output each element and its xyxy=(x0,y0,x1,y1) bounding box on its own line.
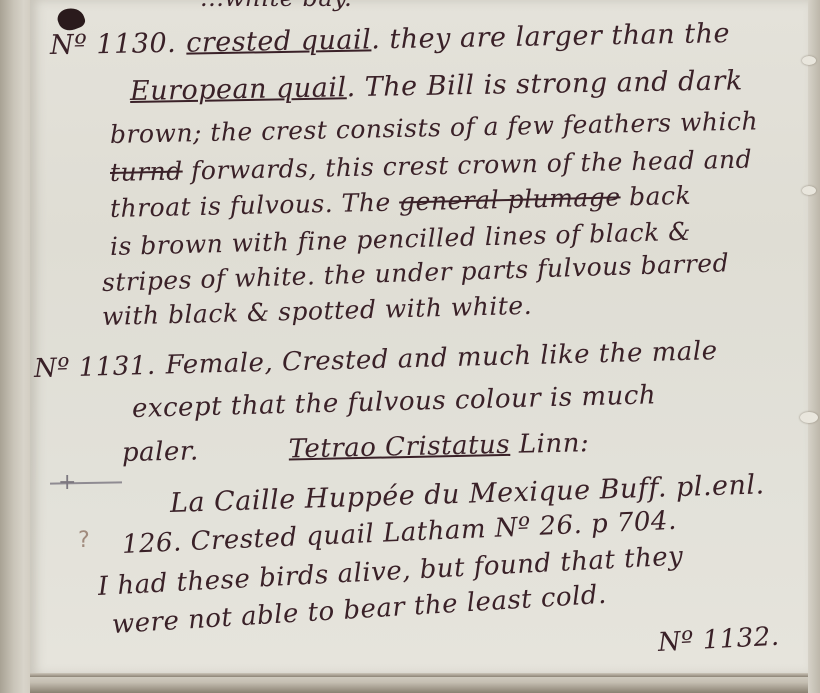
entry-1130-line-3: brown; the crest consists of a few feath… xyxy=(110,106,759,149)
entry-1130-line-8: with black & spotted with white. xyxy=(102,291,533,331)
binding-thread xyxy=(800,412,818,423)
binding-thread xyxy=(802,56,816,65)
entry-number: Nº 1131. xyxy=(34,351,156,384)
text-span: throat is fulvous. The xyxy=(110,187,400,223)
entry-1131-line-2: except that the fulvous colour is much xyxy=(132,380,657,424)
struck-text: general plumage xyxy=(399,182,621,216)
entry-1130-line-2: European quail. The Bill is strong and d… xyxy=(130,65,743,107)
text-span: Female, Crested and much like the male xyxy=(165,336,718,380)
binding-thread xyxy=(802,186,816,195)
text-span: brown; the crest consists of a few feath… xyxy=(110,106,759,149)
text-span: paler. xyxy=(122,436,199,468)
entry-1130-line-1: Nº 1130.crested quail. they are larger t… xyxy=(50,18,730,61)
page-edge xyxy=(808,0,820,693)
species-name: crested quail xyxy=(186,24,372,58)
book-binding xyxy=(0,0,34,693)
manuscript-page: ...white bay. Nº 1130.crested quail. the… xyxy=(30,0,808,675)
text-span: except that the fulvous colour is much xyxy=(132,380,657,424)
text-span: back xyxy=(620,181,691,212)
struck-text: turnd xyxy=(110,156,183,187)
latin-name: Tetrao Cristatus xyxy=(288,430,510,465)
entry-1131-line-1: Nº 1131.Female, Crested and much like th… xyxy=(34,336,718,384)
entry-1130-line-5: throat is fulvous. The general plumage b… xyxy=(110,181,692,223)
text-span: Linn: xyxy=(510,428,590,460)
top-fragment: ...white bay. xyxy=(200,0,352,12)
entry-number: Nº 1130. xyxy=(50,28,177,61)
text-span: European quail xyxy=(130,72,347,107)
text-span: with black & spotted with white. xyxy=(102,291,533,331)
text-span: . The Bill is strong and dark xyxy=(346,65,743,103)
entry-1131-line-3: paler.Tetrao Cristatus Linn: xyxy=(122,428,590,468)
text-span: . they are larger than the xyxy=(371,18,730,55)
footer-entry-number: Nº 1132. xyxy=(657,622,780,658)
pencil-cross-mark: + xyxy=(58,470,76,495)
pencil-question-mark: ? xyxy=(78,528,90,553)
text-span: forwards, this crest crown of the head a… xyxy=(182,145,752,186)
